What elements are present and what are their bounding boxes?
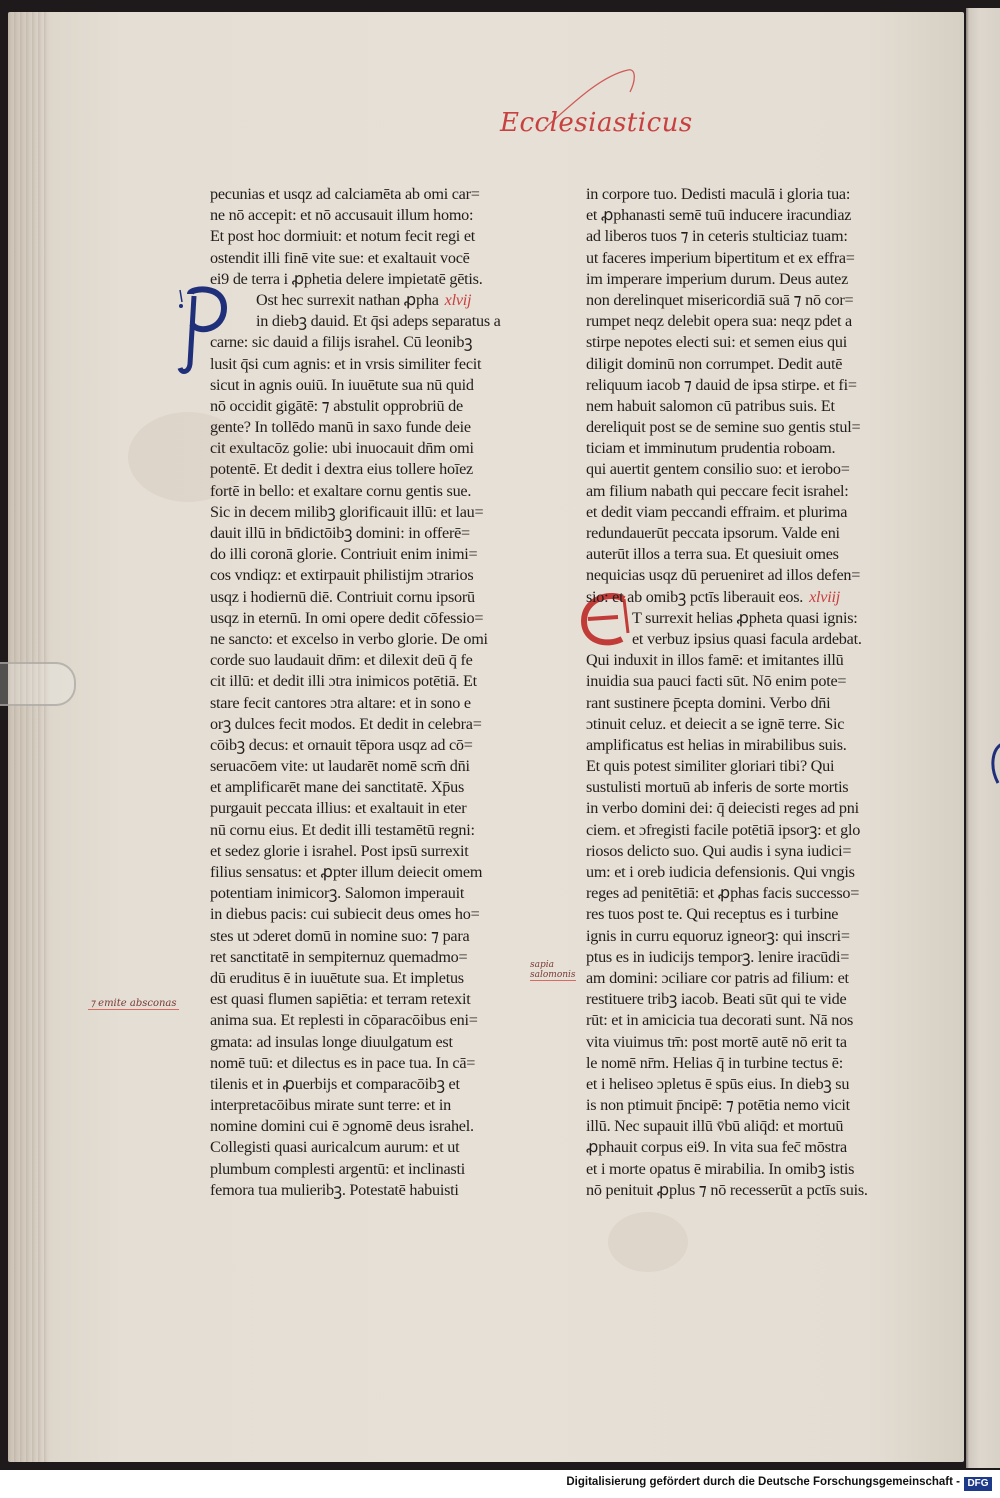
text-line: et i morte opatus ē mirabilia. In omibꝫ …: [586, 1159, 918, 1180]
text-line: reliquum iacob ⁊ dauid de ipsa stirpe. e…: [586, 375, 918, 396]
text-line: sustulisti mortuū ab inferis de sorte mo…: [586, 777, 918, 798]
next-page-edge: [966, 8, 1000, 1468]
text-line: in verbo domini dei: q̄ deiecisti reges …: [586, 798, 918, 819]
marginal-note-middle-bottom: salomonis: [530, 970, 576, 980]
text-line-with-chapter: sio: et ab omibꝫ pctīs liberauit eos.xlv…: [586, 587, 918, 608]
text-line: usqz in eternū. In omi opere dedit cōfes…: [210, 608, 542, 629]
right-text-column: in corpore tuo. Dedisti maculā i gloria …: [586, 184, 918, 1201]
text-line: qui auertit gentem consilio suo: et iero…: [586, 459, 918, 480]
text-line: am domini: ɔciliare cor patris ad filium…: [586, 968, 918, 989]
text-line: stes ut ɔderet domū in nomine suo: ⁊ par…: [210, 926, 542, 947]
text-line: dereliquit post se de semine suo gentis …: [586, 417, 918, 438]
bookmark-clip: [0, 662, 76, 706]
text-line: tilenis et in ꝓuerbijs et comparacōibꝫ e…: [210, 1074, 542, 1095]
text-line: ne nō accepit: et nō accusauit illum hom…: [210, 205, 542, 226]
text-line: auterūt illos a terra sua. Et quesiuit o…: [586, 544, 918, 565]
text-line: gmata: ad insulas longe diuulgatum est: [210, 1032, 542, 1053]
text-line: gente? In tollēdo manū in saxo funde dei…: [210, 417, 542, 438]
text-line: nomine domini cui ē ɔgnomē deus israhel.: [210, 1116, 542, 1137]
text-line: in diebus pacis: cui subiecit deus omes …: [210, 904, 542, 925]
text-line: seruacōem vite: ut laudarēt nomē scm̄ dn…: [210, 756, 542, 777]
text-line: stirpe nepotes electi sui: et semen eius…: [586, 332, 918, 353]
text-line: Sic in decem milibꝫ glorificauit illū: e…: [210, 502, 542, 523]
paper-stain: [608, 1212, 688, 1272]
text-line: sicut in agnis ouiū. In iuuētute sua nū …: [210, 375, 542, 396]
text-line: res tuos post te. Qui receptus es i turb…: [586, 904, 918, 925]
text-line: et amplificarēt mane dei sanctitatē. Xp̄…: [210, 777, 542, 798]
text-line: le nomē nr̄m. Helias q̄ in turbine tectu…: [586, 1053, 918, 1074]
text-line: et verbuz ipsius quasi facula ardebat.: [586, 629, 918, 650]
text-line: et ꝓphanasti semē tuū inducere iracundia…: [586, 205, 918, 226]
text-line: pecunias et usqz ad calciamēta ab omi ca…: [210, 184, 542, 205]
page-edges: [8, 12, 50, 1462]
text-line: fortē in bello: et exaltare cornu gentis…: [210, 481, 542, 502]
text-line: nō occidit gigātē: ⁊ abstulit opprobriū …: [210, 396, 542, 417]
text-line: do illi coronā glorie. Contriuit enim in…: [210, 544, 542, 565]
text-line: ciem. et ɔfregisti facile potētiā ipsorꝫ…: [586, 820, 918, 841]
text-line: ad liberos tuos ⁊ in ceteris stulticiaz …: [586, 226, 918, 247]
text-line: purgauit peccata illius: et exaltauit in…: [210, 798, 542, 819]
text-line: is non ptimuit p̄ncipē: ⁊ potētia nemo v…: [586, 1095, 918, 1116]
text-line: ei9 de terra i ꝓphetia delere impietatē …: [210, 269, 542, 290]
marginal-note-middle-top: sapia: [530, 960, 576, 970]
chapter-number: xlviij: [809, 588, 840, 606]
text-line: vita viuimus tm̄: post mortē autē nō eri…: [586, 1032, 918, 1053]
marginal-note-left: ⁊ emite absconas: [88, 998, 179, 1010]
text-line: non derelinquet misericordiā suā ⁊ nō co…: [586, 290, 918, 311]
text-line: lusit q̄si cum agnis: et in vrsis simili…: [210, 354, 542, 375]
text-line: ne sancto: et excelso in verbo glorie. D…: [210, 629, 542, 650]
text-line: dauit illū in bn̄dictōibꝫ domini: in off…: [210, 523, 542, 544]
text-line: rant sustinere p̄cepta domini. Verbo dn̄…: [586, 693, 918, 714]
text-line: corde suo laudauit dn̄m: et dilexit deū …: [210, 650, 542, 671]
text-line: ꝓphauit corpus ei9. In vita sua fec̄ mōs…: [586, 1137, 918, 1158]
text-line: carne: sic dauid a filijs israhel. Cū le…: [210, 332, 542, 353]
text-line: ostendit illi finē vite sue: et exaltaui…: [210, 248, 542, 269]
text-line: est quasi flumen sapiētia: et terram ret…: [210, 989, 542, 1010]
dfg-logo: DFG: [964, 1477, 992, 1491]
text-line: anima sua. Et replesti in cōparacōibus e…: [210, 1010, 542, 1031]
text-line: um: et i oreb iudicia defensionis. Qui v…: [586, 862, 918, 883]
text-line: amplificatus est helias in mirabilibus s…: [586, 735, 918, 756]
text-line: ticiam et imminutum prudentia roboam.: [586, 438, 918, 459]
text-line: nō penituit ꝓplus ⁊ nō recesserūt a pctī…: [586, 1180, 918, 1201]
text-line: femora tua mulieribꝫ. Potestatē habuisti: [210, 1180, 542, 1201]
text-line: stare fecit cantores ɔtra altare: et in …: [210, 693, 542, 714]
text-line: plumbum complesti argentū: et inclinasti: [210, 1159, 542, 1180]
text-line: et i heliseo ɔpletus ē spūs eius. In die…: [586, 1074, 918, 1095]
text-line: nem habuit salomon cū patribus suis. Et: [586, 396, 918, 417]
text-line: im imperare imperium durum. Deus autez: [586, 269, 918, 290]
text-line: illū. Nec supauit illū v̄bū aliq̄d: et m…: [586, 1116, 918, 1137]
text-line: inuidia sua pauci facti sūt. Nō enim pot…: [586, 671, 918, 692]
text-line: in corpore tuo. Dedisti maculā i gloria …: [586, 184, 918, 205]
text-line: Et post hoc dormiuit: et notum fecit reg…: [210, 226, 542, 247]
text-line: cōibꝫ decus: et ornauit tēpora usqz ad c…: [210, 735, 542, 756]
text-line: in diebꝫ dauid. Et q̄si adeps separatus …: [210, 311, 542, 332]
text-line-content: sio: et ab omibꝫ pctīs liberauit eos.: [586, 588, 803, 606]
text-line: interpretacōibus mirate sunt terre: et i…: [210, 1095, 542, 1116]
running-head: Ecclesiasticus: [500, 108, 693, 138]
text-line: orꝫ dulces fecit modos. Et dedit in cele…: [210, 714, 542, 735]
text-line: dū eruditus ē in iuuētute sua. Et implet…: [210, 968, 542, 989]
text-line: cos vndiqz: et extirpauit philistijm ɔtr…: [210, 565, 542, 586]
text-line-with-chapter: Ost hec surrexit nathan ꝓphaxlvij: [210, 290, 542, 311]
text-line: diligit dominū non corrumpet. Dedit autē: [586, 354, 918, 375]
text-line: filius sensatus: et ꝓpter illum deiecit …: [210, 862, 542, 883]
text-line: et dedit viam peccandi effraim. et pluri…: [586, 502, 918, 523]
text-line: reges ad penitētiā: et ꝓphas facis succe…: [586, 883, 918, 904]
text-line: am filium nabath qui peccare fecit israh…: [586, 481, 918, 502]
footer-credit-text: Digitalisierung gefördert durch die Deut…: [566, 1476, 960, 1488]
text-line: Collegisti quasi auricalcum aurum: et ut: [210, 1137, 542, 1158]
text-line: Et quis potest similiter gloriari tibi? …: [586, 756, 918, 777]
text-line: riosos delicto suo. Qui audis i syna iud…: [586, 841, 918, 862]
text-line: ignis in curru equoruz igneorꝫ: qui insc…: [586, 926, 918, 947]
blue-initial-fragment-icon: [986, 738, 1000, 798]
text-line: rumpet neqz delebit opera sua: neqz pdet…: [586, 311, 918, 332]
text-line: Qui induxit in illos famē: et imitantes …: [586, 650, 918, 671]
text-line: usqz i hodiernū diē. Contriuit cornu ips…: [210, 587, 542, 608]
text-line: ɔtinuit celuz. et deiecit a se ignē terr…: [586, 714, 918, 735]
text-line: nū cornu eius. Et dedit illi testamētū r…: [210, 820, 542, 841]
marginal-note-middle: sapia salomonis: [530, 960, 576, 981]
text-line: T surrexit helias ꝓpheta quasi ignis:: [586, 608, 918, 629]
digitization-footer: Digitalisierung gefördert durch die Deut…: [0, 1470, 1000, 1498]
chapter-number: xlvij: [445, 291, 472, 309]
text-line: ret sanctitatē in sempiternuz quemadmo=: [210, 947, 542, 968]
text-line: potentē. Et dedit i dextra eius tollere …: [210, 459, 542, 480]
text-line: nequicias usqz dū perueniret ad illos de…: [586, 565, 918, 586]
text-line-content: Ost hec surrexit nathan ꝓpha: [256, 291, 439, 309]
left-text-column: pecunias et usqz ad calciamēta ab omi ca…: [210, 184, 542, 1201]
text-line: redundauerūt peccata ipsorum. Valde eni: [586, 523, 918, 544]
text-line: restituere tribꝫ iacob. Beati sūt qui te…: [586, 989, 918, 1010]
text-line: cit illū: et dedit illi ɔtra inimicos po…: [210, 671, 542, 692]
text-line: potentiam inimicorꝫ. Salomon imperauit: [210, 883, 542, 904]
text-line: ptus es in iudicijs temporꝫ. lenire irac…: [586, 947, 918, 968]
text-line: cit exultacōz golie: ubi inuocauit dn̄m …: [210, 438, 542, 459]
text-line: rūt: et in amicicia tua decorati sunt. N…: [586, 1010, 918, 1031]
text-line: ut faceres imperium bipertitum et ex eff…: [586, 248, 918, 269]
text-line: nomē tuū: et dilectus es in pace tua. In…: [210, 1053, 542, 1074]
text-line: et sedez glorie i israhel. Post ipsū sur…: [210, 841, 542, 862]
